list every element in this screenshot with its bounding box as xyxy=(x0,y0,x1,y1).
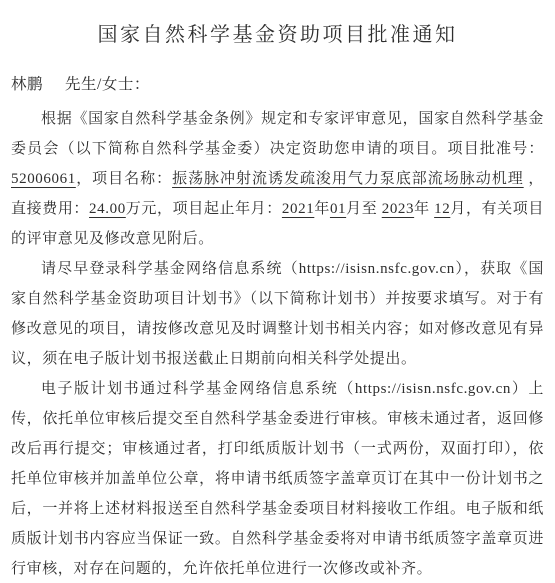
project-name-label: ，项目名称： xyxy=(76,171,172,187)
approval-number-value: 52006061 xyxy=(11,171,76,187)
system-url: https://isisn.nsfc.gov.cn xyxy=(299,261,455,277)
salutation-suffix: 先生/女士： xyxy=(65,76,150,93)
notice-document: 国家自然科学基金资助项目批准通知 林鹏先生/女士： 根据《国家自然科学基金条例》… xyxy=(0,0,555,583)
start-month-value: 01 xyxy=(330,201,346,217)
login-instruction-text: 请尽早登录科学基金网络信息系统（ xyxy=(41,261,299,277)
project-period-label: 万元，项目起止年月： xyxy=(126,201,282,217)
document-title: 国家自然科学基金资助项目批准通知 xyxy=(11,20,544,50)
period-to-text: 月至 xyxy=(346,201,382,217)
paragraph-submission: 电子版计划书通过科学基金网络信息系统（https://isisn.nsfc.go… xyxy=(11,374,544,583)
end-year-unit: 年 xyxy=(414,201,434,217)
grant-intro-text: 根据《国家自然科学基金条例》规定和专家评审意见，国家自然科学基金委员会（以下简称… xyxy=(11,111,544,157)
upload-instruction-text: 电子版计划书通过科学基金网络信息系统（ xyxy=(41,381,355,397)
end-month-value: 12 xyxy=(434,201,450,217)
paragraph-grant-info: 根据《国家自然科学基金条例》规定和专家评审意见，国家自然科学基金委员会（以下简称… xyxy=(11,104,544,254)
paragraph-plan-book: 请尽早登录科学基金网络信息系统（https://isisn.nsfc.gov.c… xyxy=(11,254,544,374)
recipient-name: 林鹏 xyxy=(11,76,43,93)
direct-cost-value: 24.00 xyxy=(89,201,126,217)
project-name-value: 振荡脉冲射流诱发疏浚用气力泵底部流场脉动机理 xyxy=(172,171,524,187)
start-year-unit: 年 xyxy=(314,201,330,217)
salutation: 林鹏先生/女士： xyxy=(11,70,544,100)
submission-detail-text: ）上传，依托单位审核后提交至自然科学基金委进行审核。审核未通过者，返回修改后再行… xyxy=(11,381,544,577)
start-year-value: 2021 xyxy=(282,201,314,217)
end-year-value: 2023 xyxy=(382,201,414,217)
system-url-2: https://isisn.nsfc.gov.cn xyxy=(355,381,511,397)
